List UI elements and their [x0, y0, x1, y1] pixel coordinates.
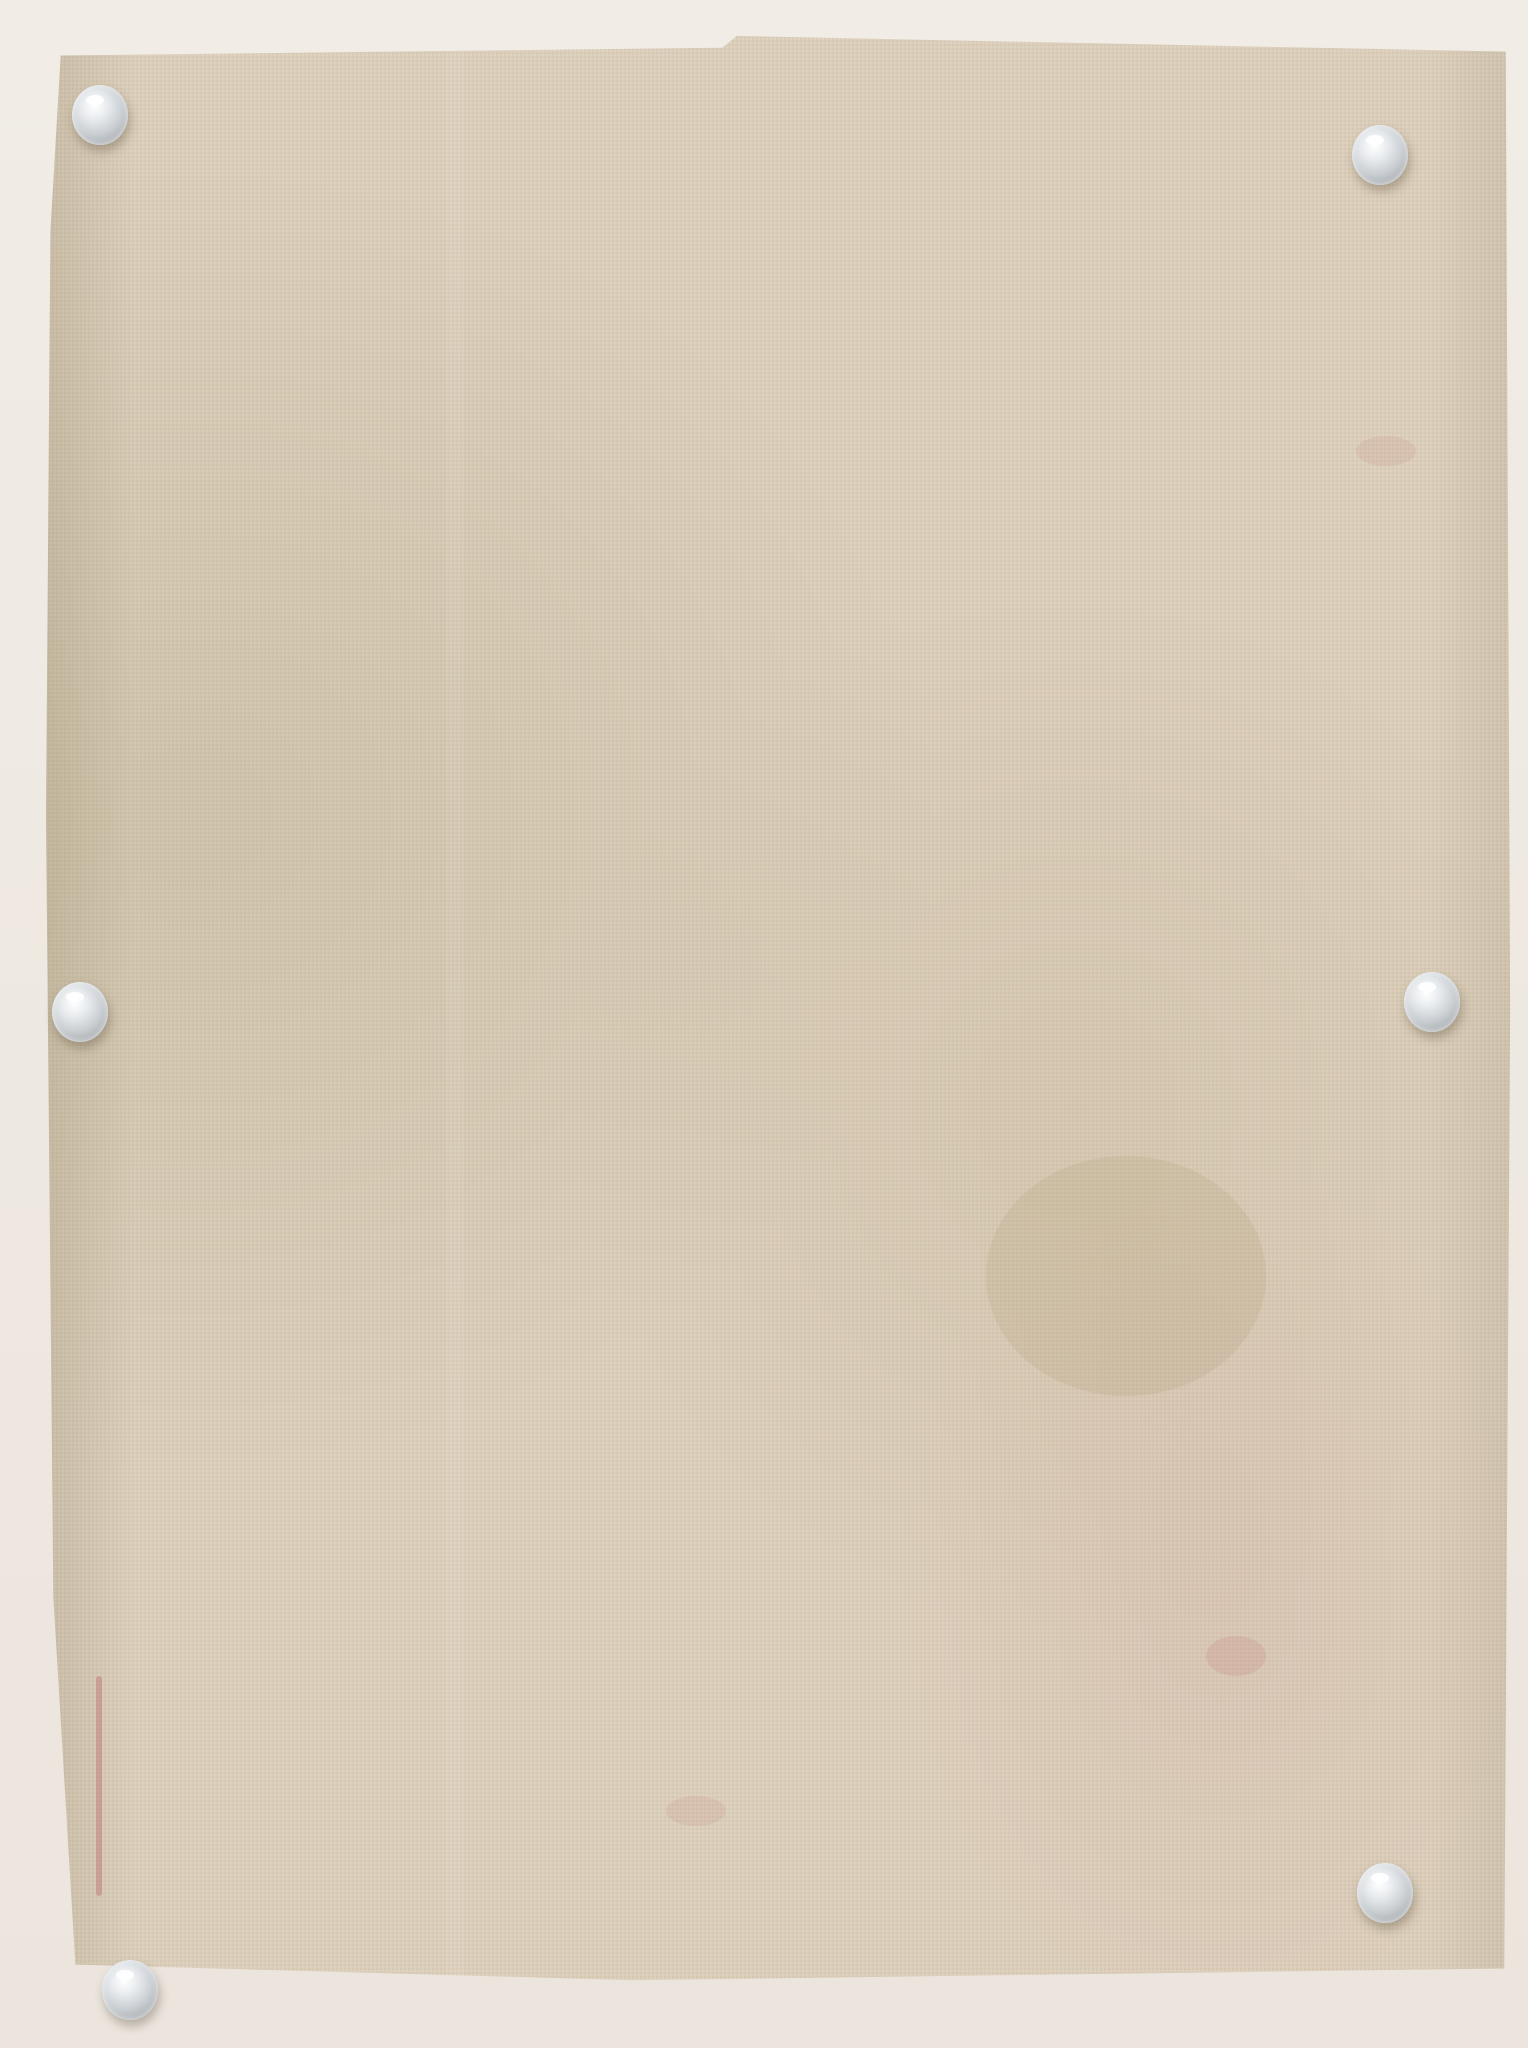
stain — [986, 1156, 1266, 1396]
stain — [96, 1676, 102, 1896]
pushpin-icon — [72, 85, 128, 145]
pushpin-icon — [102, 1960, 158, 2020]
stain — [1356, 436, 1416, 466]
linen-cloth — [46, 36, 1516, 1988]
pushpin-icon — [1352, 125, 1408, 185]
pushpin-icon — [1357, 1863, 1413, 1923]
stain — [666, 1796, 726, 1826]
cloth-fold — [446, 36, 464, 1988]
stain — [1206, 1636, 1266, 1676]
pushpin-icon — [1404, 972, 1460, 1032]
pushpin-icon — [52, 982, 108, 1042]
